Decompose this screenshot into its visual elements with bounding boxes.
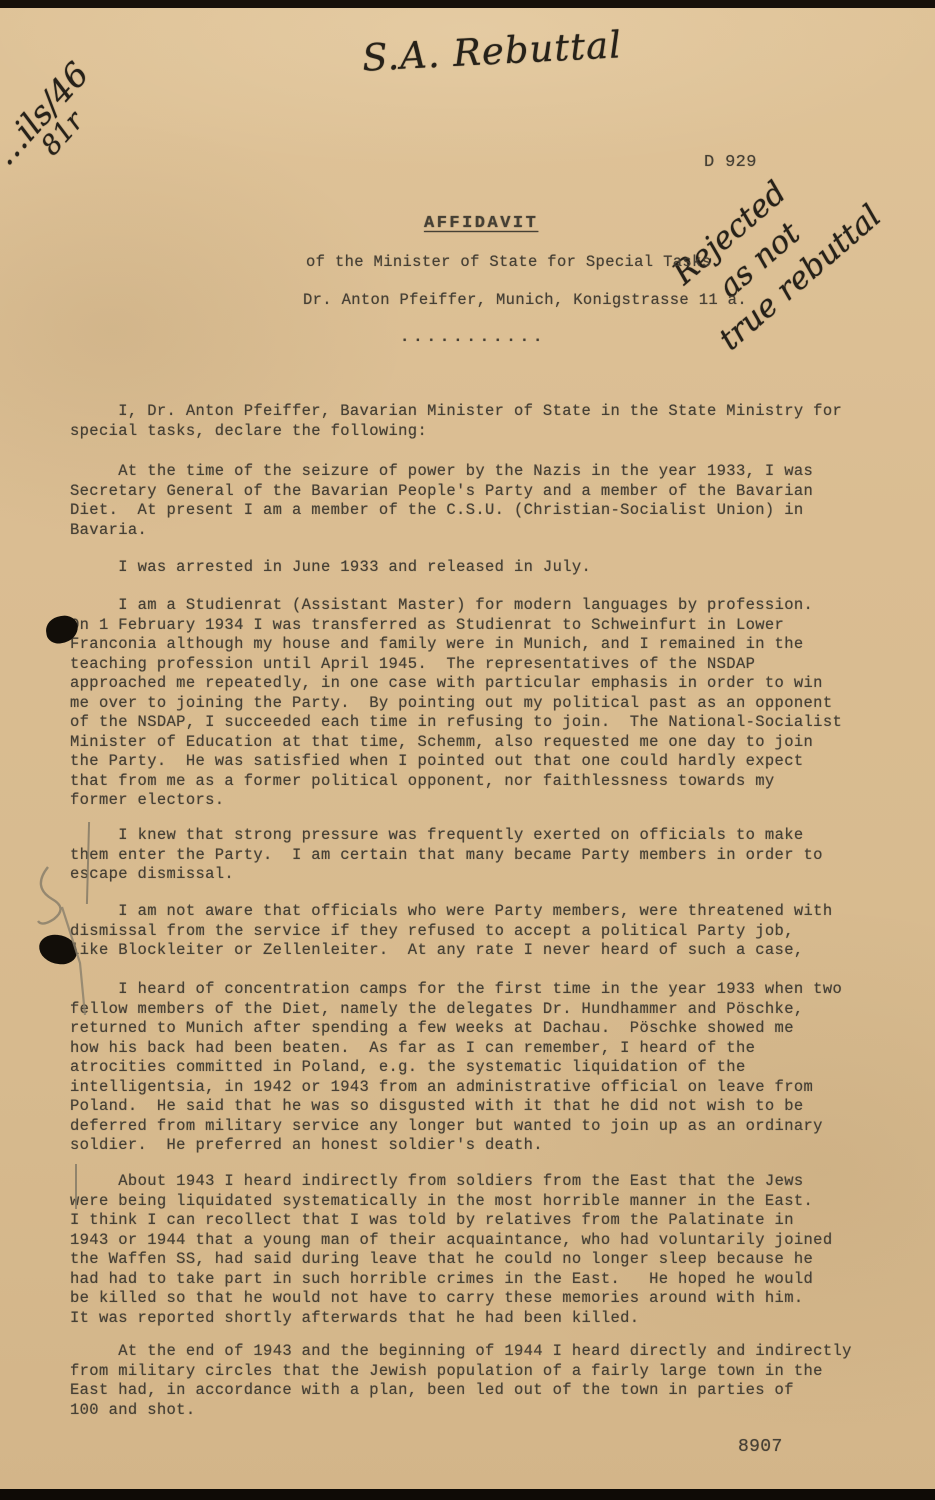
paragraph-seizure-of-power: At the time of the seizure of power by t…	[70, 462, 880, 540]
handwritten-margin-note: …ils/46 81r	[0, 58, 116, 190]
paragraph-studienrat: I am a Studienrat (Assistant Master) for…	[70, 596, 880, 811]
document-number: D 929	[704, 153, 757, 173]
paragraph-party-pressure: I knew that strong pressure was frequent…	[70, 826, 880, 885]
page-number: 8907	[738, 1438, 783, 1458]
scanned-affidavit-page: S.A. Rebuttal …ils/46 81r Rejected as no…	[0, 0, 935, 1500]
paragraph-shootings: At the end of 1943 and the beginning of …	[70, 1342, 880, 1420]
title-subline-2: Dr. Anton Pfeiffer, Munich, Konigstrasse…	[303, 291, 747, 311]
title-dot-leader: ...........	[400, 328, 546, 348]
handwritten-rejected-note: Rejected as not true rebuttal	[664, 136, 889, 354]
handwritten-top-note: S.A. Rebuttal	[361, 23, 623, 80]
paragraph-officials: I am not aware that officials who were P…	[70, 902, 880, 961]
paragraph-arrested: I was arrested in June 1933 and released…	[70, 558, 880, 578]
paragraph-declaration: I, Dr. Anton Pfeiffer, Bavarian Minister…	[70, 402, 880, 441]
title-subline-1: of the Minister of State for Special Tas…	[306, 253, 711, 273]
pencil-squiggle-mark	[18, 855, 98, 1025]
scan-edge-top	[0, 0, 935, 8]
pencil-margin-stroke-lower	[75, 1164, 77, 1209]
paragraph-east-reports: About 1943 I heard indirectly from soldi…	[70, 1172, 880, 1328]
paragraph-camps: I heard of concentration camps for the f…	[70, 980, 880, 1156]
page-title: AFFIDAVIT	[424, 214, 538, 234]
scan-edge-bottom	[0, 1489, 935, 1500]
